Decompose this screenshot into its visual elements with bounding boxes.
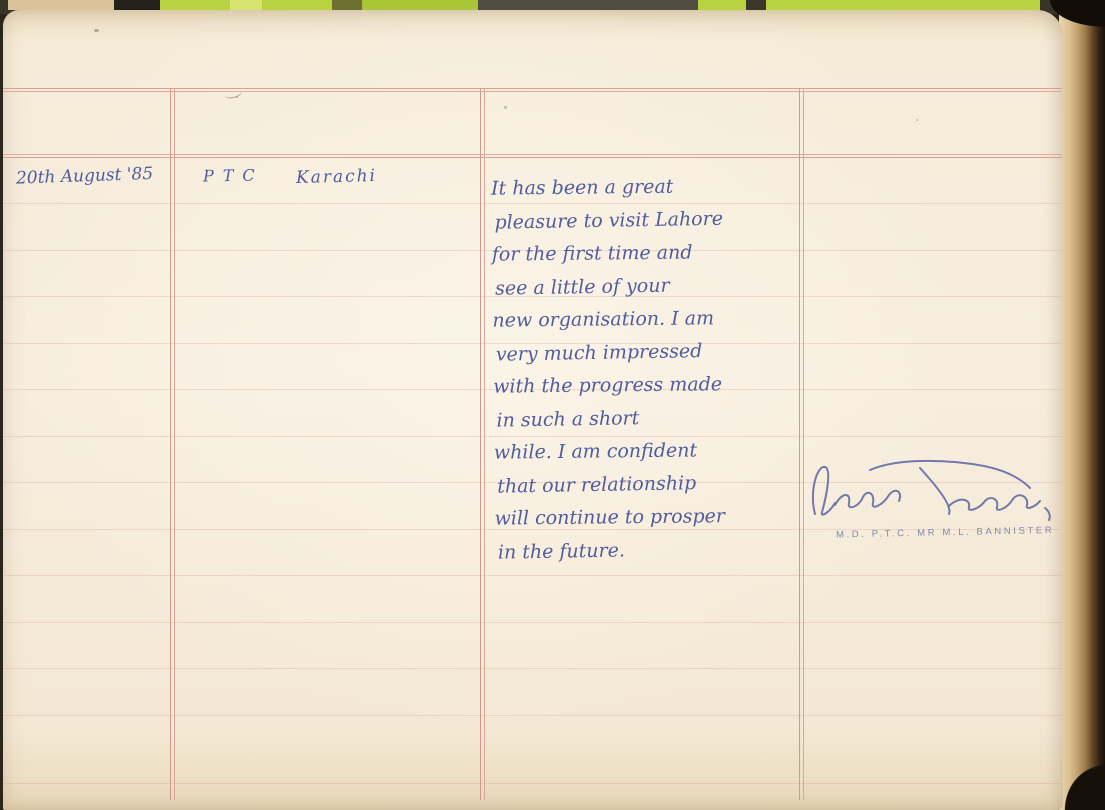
grey-gap: [478, 0, 700, 10]
page-stack-edge: [1059, 0, 1105, 810]
remarks-line: very much impressed: [496, 333, 805, 371]
writing-rule-line: [3, 668, 1062, 669]
remarks-line: that our relationship: [497, 465, 806, 503]
entry-location: Karachi: [296, 166, 378, 188]
remarks-line: for the first time and: [492, 235, 800, 271]
column-rule-1: [170, 88, 171, 800]
header-rule-bottom-2: [3, 157, 1062, 158]
header-rule-bottom: [3, 154, 1062, 155]
paper-speck: [916, 119, 919, 121]
header-rule-top-2: [3, 91, 1062, 92]
scanned-guestbook-photo: 20th August '85 PTC Karachi It has been …: [0, 0, 1105, 810]
signature: [802, 452, 1058, 532]
header-rule-top: [3, 88, 1062, 89]
page-edge-behind: [8, 0, 114, 10]
paper-speck: [504, 106, 507, 109]
writing-rule-line: [3, 575, 1062, 576]
paper-speck: [236, 96, 238, 98]
remarks-line: while. I am confident: [494, 433, 802, 469]
remarks-line: It has been a great: [491, 169, 799, 205]
column-rule-2b: [484, 88, 485, 800]
signature-scrawl-icon: [802, 452, 1058, 532]
remarks-line: will continue to prosper: [494, 499, 802, 535]
column-rule-2: [480, 88, 481, 800]
remarks-line: new organisation. I am: [492, 301, 800, 337]
paper-speck: [94, 29, 99, 32]
column-rule-3b: [803, 88, 804, 800]
remarks-line: in the future.: [498, 531, 807, 569]
remarks-line: pleasure to visit Lahore: [494, 201, 803, 239]
writing-rule-line: [3, 715, 1062, 716]
remarks-line: with the progress made: [493, 367, 801, 403]
entry-remarks: It has been a great pleasure to visit La…: [491, 169, 803, 568]
remarks-line: in such a short: [496, 399, 805, 437]
column-rule-1b: [174, 88, 175, 800]
writing-rule-line: [3, 622, 1062, 623]
remarks-line: see a little of your: [495, 267, 804, 305]
entry-name: PTC: [203, 165, 264, 185]
footer-rule: [3, 783, 1062, 784]
